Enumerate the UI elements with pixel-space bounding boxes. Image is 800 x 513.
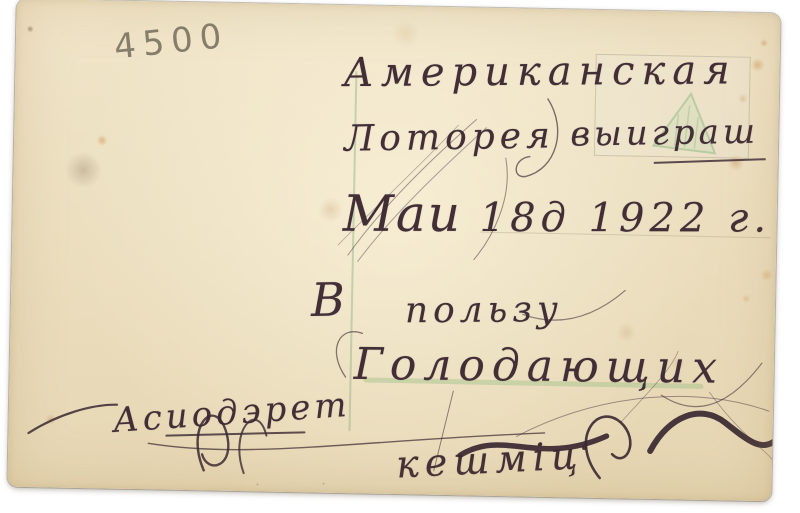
- handwriting-line-3-date: Маи 18д 1922 г.: [343, 185, 771, 244]
- ink-underline: [654, 158, 766, 164]
- handwriting-line-4-initial: В: [311, 272, 346, 327]
- handwriting-date-rest: 18д 1922 г.: [480, 195, 771, 242]
- handwriting-line-2-word-2: выиграш: [570, 112, 759, 155]
- handwriting-line-5: Голодающих: [354, 339, 725, 394]
- scanner-background: 4500 Американская Лоторея выиграш Маи 18…: [0, 0, 800, 513]
- handwriting-line-6-signature-left: Асиодэрет: [112, 385, 352, 441]
- handwriting-line-4-word: пользу: [405, 289, 563, 331]
- pencil-number: 4500: [112, 16, 230, 68]
- handwriting-line-1: Американская: [343, 47, 737, 96]
- handwriting-line-7-signature-right: кешміц: [395, 433, 584, 486]
- handwriting-month: Маи: [343, 185, 462, 243]
- handwriting-line-2-word-1: Лоторея: [344, 115, 555, 159]
- postcard: 4500 Американская Лоторея выиграш Маи 18…: [7, 0, 780, 501]
